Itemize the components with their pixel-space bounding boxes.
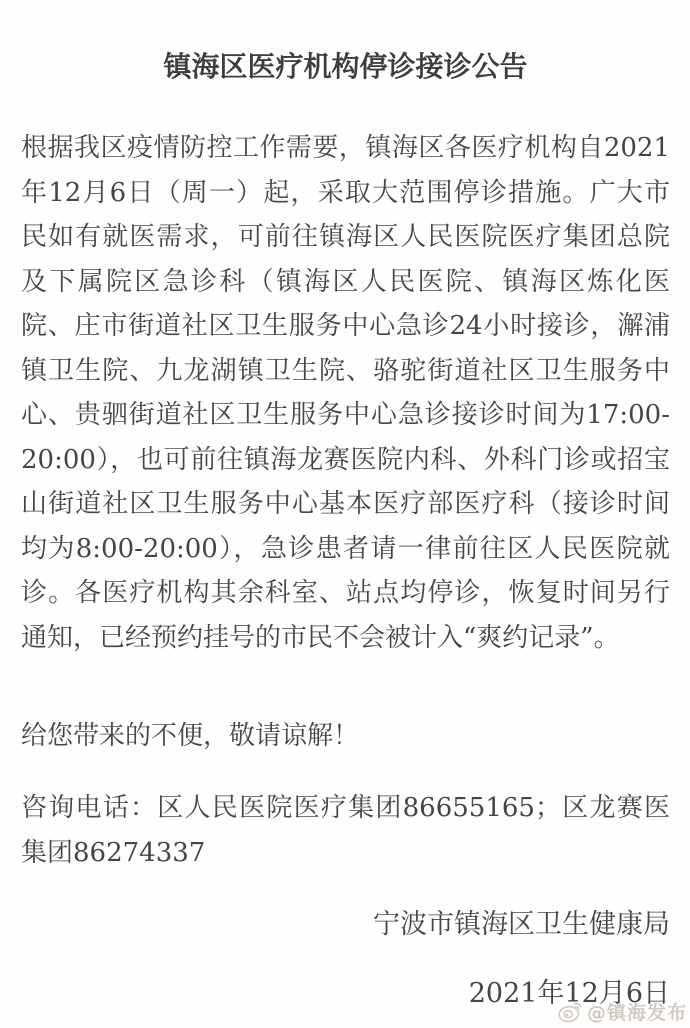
text-line: 镇卫生院、九龙湖镇卫生院、骆驼街道社区卫生服务中 (21, 349, 670, 394)
text-line: 心、贵驷街道社区卫生服务中心急诊接诊时间为17:00- (21, 393, 670, 438)
text-line: 20:00），也可前往镇海龙赛医院内科、外科门诊或招宝 (21, 438, 670, 483)
text-line: 院、庄市街道社区卫生服务中心急诊24小时接诊，澥浦 (21, 304, 670, 349)
text-line: 民如有就医需求，可前往镇海区人民医院医疗集团总院 (21, 215, 670, 260)
notice-page: 镇海区医疗机构停诊接诊公告 根据我区疫情防控工作需要，镇海区各医疗机构自2021… (0, 0, 690, 1028)
issuer-signature: 宁波市镇海区卫生健康局 (21, 903, 670, 947)
apology-line: 给您带来的不便，敬请谅解！ (21, 714, 670, 758)
weibo-watermark: @镇海发布 (557, 998, 687, 1025)
text-line: 咨询电话：区人民医院医疗集团86655165；区龙赛医疗 (21, 786, 670, 831)
notice-title: 镇海区医疗机构停诊接诊公告 (21, 50, 670, 84)
text-line: 年12月6日（周一）起，采取大范围停诊措施。广大市 (21, 171, 670, 216)
text-line: 诊。各医疗机构其余科室、站点均停诊，恢复时间另行 (21, 571, 670, 616)
text-line: 根据我区疫情防控工作需要，镇海区各医疗机构自2021 (21, 126, 670, 171)
weibo-icon (557, 998, 584, 1025)
watermark-handle: @镇海发布 (587, 998, 687, 1025)
notice-body-paragraph: 根据我区疫情防控工作需要，镇海区各医疗机构自2021年12月6日（周一）起，采取… (21, 126, 670, 660)
text-line: 通知，已经预约挂号的市民不会被计入“爽约记录”。 (21, 616, 670, 661)
text-line: 均为8:00-20:00），急诊患者请一律前往区人民医院就 (21, 527, 670, 572)
text-line: 山街道社区卫生服务中心基本医疗部医疗科（接诊时间 (21, 482, 670, 527)
text-line: 及下属院区急诊科（镇海区人民医院、镇海区炼化医 (21, 260, 670, 305)
text-line: 集团86274337 (21, 831, 670, 876)
contact-phone-paragraph: 咨询电话：区人民医院医疗集团86655165；区龙赛医疗集团86274337 (21, 786, 670, 875)
